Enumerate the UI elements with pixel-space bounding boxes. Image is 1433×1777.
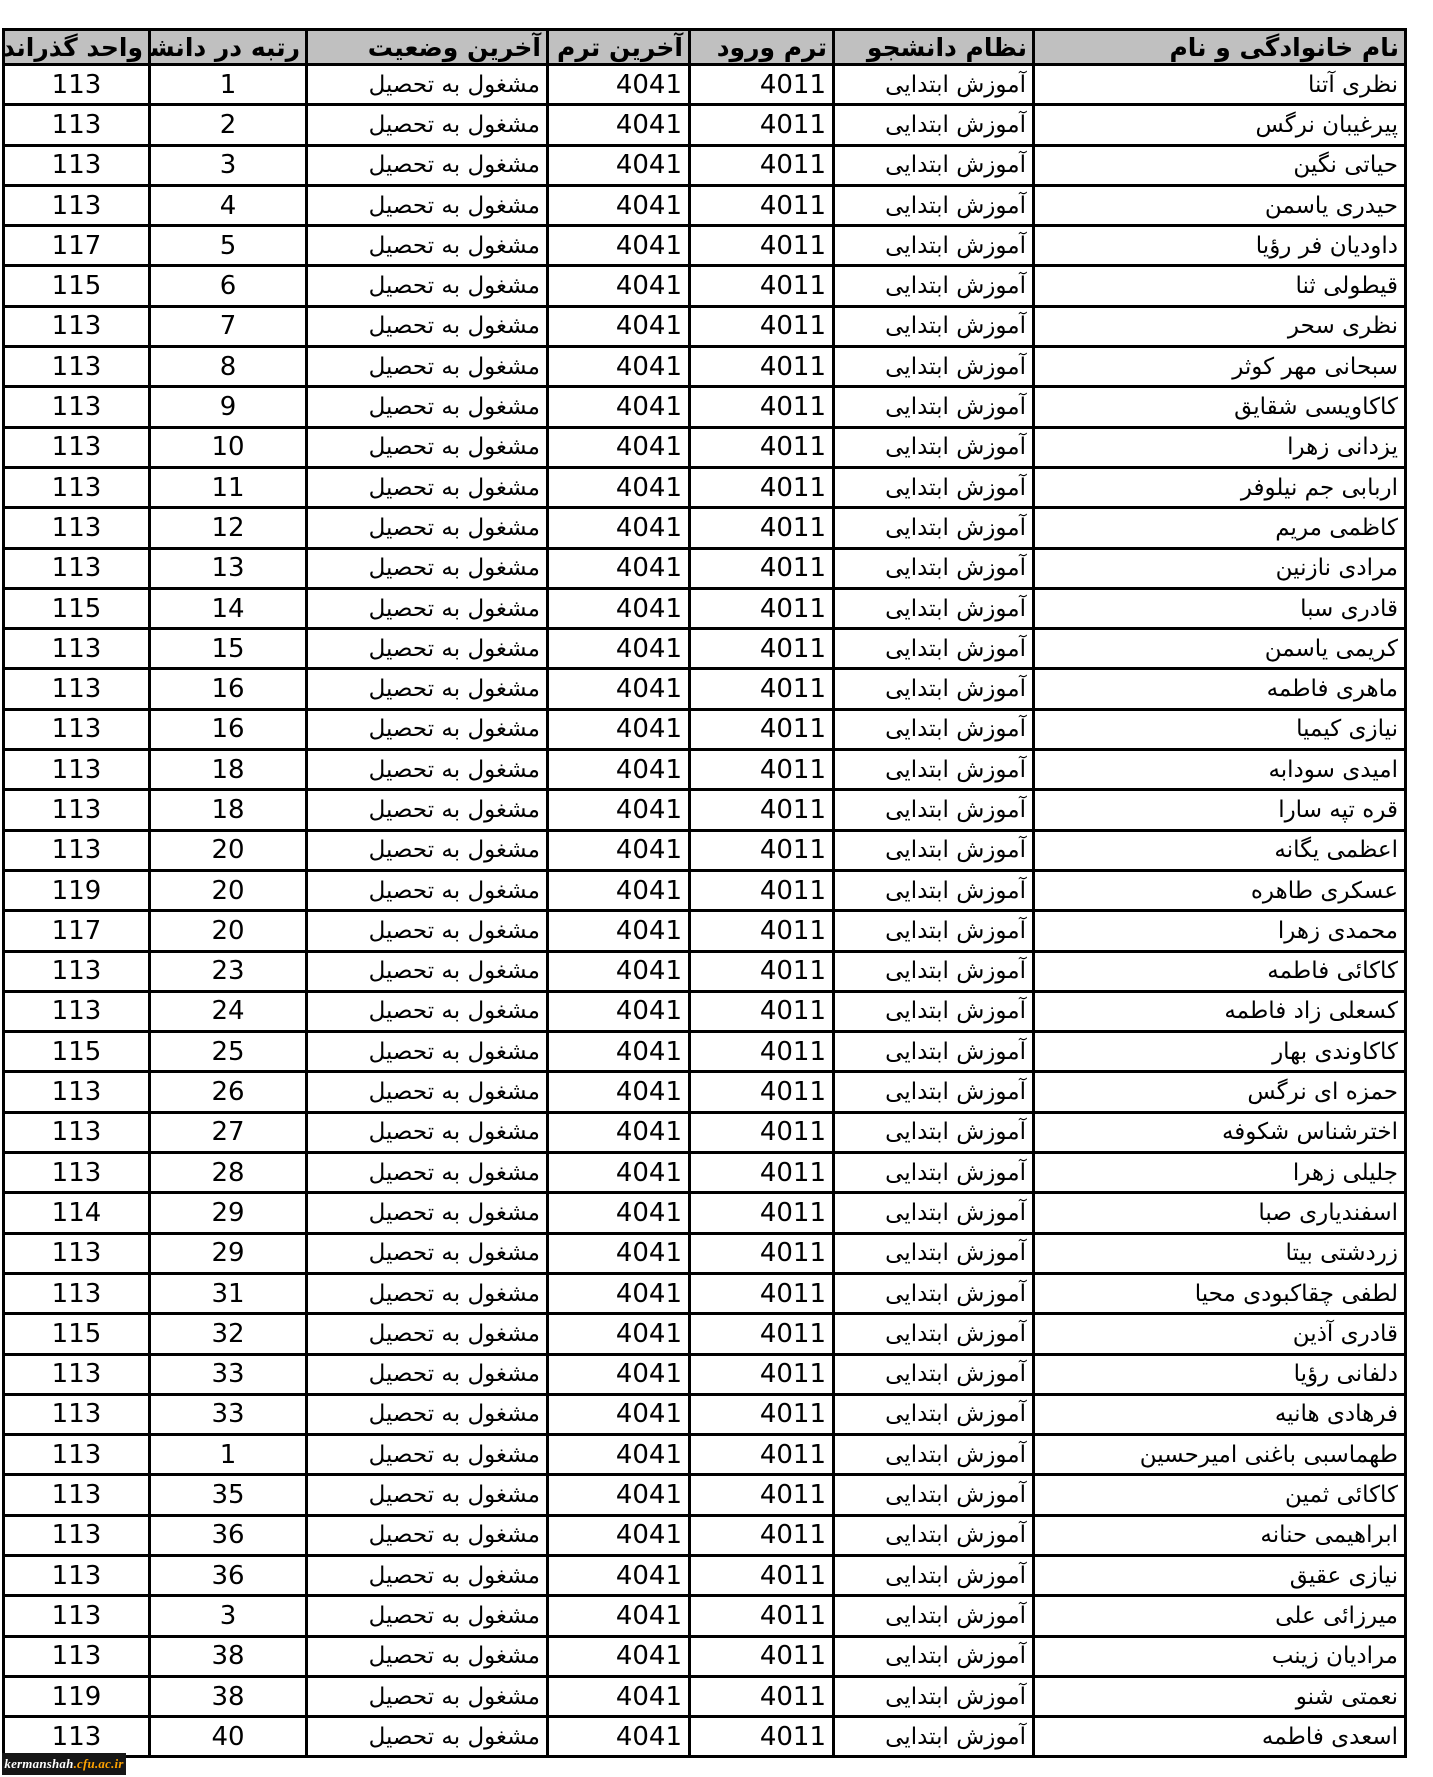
entry-term-cell: 4011 — [690, 387, 834, 427]
status-cell: مشغول به تحصیل — [307, 185, 548, 225]
system-cell: آموزش ابتدایی — [834, 1515, 1034, 1555]
name-cell: اعظمی یگانه — [1034, 830, 1406, 870]
status-cell: مشغول به تحصیل — [307, 1354, 548, 1394]
entry-term-cell: 4011 — [690, 1354, 834, 1394]
table-row: یزدانی زهراآموزش ابتدایی40114041مشغول به… — [4, 427, 1406, 467]
units-cell: 115 — [4, 1032, 150, 1072]
table-row: اسفندیاری صباآموزش ابتدایی40114041مشغول … — [4, 1193, 1406, 1233]
system-cell: آموزش ابتدایی — [834, 1354, 1034, 1394]
entry-term-cell: 4011 — [690, 1596, 834, 1636]
status-cell: مشغول به تحصیل — [307, 387, 548, 427]
rank-cell: 16 — [150, 669, 307, 709]
entry-term-cell: 4011 — [690, 629, 834, 669]
system-cell: آموزش ابتدایی — [834, 911, 1034, 951]
last-term-cell: 4041 — [548, 1555, 690, 1595]
table-row: دلفانی رؤیاآموزش ابتدایی40114041مشغول به… — [4, 1354, 1406, 1394]
watermark-domain-suffix: .cfu.ac.ir — [74, 1756, 124, 1771]
entry-term-cell: 4011 — [690, 1032, 834, 1072]
status-cell: مشغول به تحصیل — [307, 1435, 548, 1475]
table-row: اخترشناس شکوفهآموزش ابتدایی40114041مشغول… — [4, 1112, 1406, 1152]
name-cell: قیطولی ثنا — [1034, 266, 1406, 306]
system-cell: آموزش ابتدایی — [834, 347, 1034, 387]
status-cell: مشغول به تحصیل — [307, 266, 548, 306]
system-cell: آموزش ابتدایی — [834, 1394, 1034, 1434]
system-cell: آموزش ابتدایی — [834, 306, 1034, 346]
table-row: مرادی نازنینآموزش ابتدایی40114041مشغول ب… — [4, 548, 1406, 588]
last-term-cell: 4041 — [548, 145, 690, 185]
rank-cell: 33 — [150, 1354, 307, 1394]
system-cell: آموزش ابتدایی — [834, 1435, 1034, 1475]
name-cell: کاکائی فاطمه — [1034, 951, 1406, 991]
col-header-status: آخرین وضعیت — [307, 30, 548, 65]
name-cell: لطفی چقاکبودی محیا — [1034, 1273, 1406, 1313]
rank-cell: 31 — [150, 1273, 307, 1313]
entry-term-cell: 4011 — [690, 1636, 834, 1676]
system-cell: آموزش ابتدایی — [834, 669, 1034, 709]
col-header-rank: رتبه در دانشکده — [150, 30, 307, 65]
student-table-body: نظری آتناآموزش ابتدایی40114041مشغول به ت… — [4, 65, 1406, 1757]
status-cell: مشغول به تحصیل — [307, 790, 548, 830]
rank-cell: 18 — [150, 750, 307, 790]
last-term-cell: 4041 — [548, 991, 690, 1031]
name-cell: کاکاویسی شقایق — [1034, 387, 1406, 427]
entry-term-cell: 4011 — [690, 1515, 834, 1555]
rank-cell: 16 — [150, 709, 307, 749]
status-cell: مشغول به تحصیل — [307, 1555, 548, 1595]
entry-term-cell: 4011 — [690, 1072, 834, 1112]
rank-cell: 25 — [150, 1032, 307, 1072]
entry-term-cell: 4011 — [690, 185, 834, 225]
status-cell: مشغول به تحصیل — [307, 1676, 548, 1716]
units-cell: 113 — [4, 709, 150, 749]
report-page: { "page": { "background": "#ffffff" }, "… — [0, 0, 1433, 1777]
status-cell: مشغول به تحصیل — [307, 951, 548, 991]
entry-term-cell: 4011 — [690, 1233, 834, 1273]
units-cell: 119 — [4, 1676, 150, 1716]
name-cell: قادری سبا — [1034, 588, 1406, 628]
system-cell: آموزش ابتدایی — [834, 830, 1034, 870]
status-cell: مشغول به تحصیل — [307, 508, 548, 548]
table-row: میرزائی علیآموزش ابتدایی40114041مشغول به… — [4, 1596, 1406, 1636]
units-cell: 113 — [4, 387, 150, 427]
status-cell: مشغول به تحصیل — [307, 588, 548, 628]
system-cell: آموزش ابتدایی — [834, 427, 1034, 467]
entry-term-cell: 4011 — [690, 1153, 834, 1193]
table-row: کاکاوندی بهارآموزش ابتدایی40114041مشغول … — [4, 1032, 1406, 1072]
table-row: حمزه ای نرگسآموزش ابتدایی40114041مشغول ب… — [4, 1072, 1406, 1112]
units-cell: 113 — [4, 467, 150, 507]
entry-term-cell: 4011 — [690, 709, 834, 749]
system-cell: آموزش ابتدایی — [834, 1636, 1034, 1676]
entry-term-cell: 4011 — [690, 427, 834, 467]
rank-cell: 11 — [150, 467, 307, 507]
entry-term-cell: 4011 — [690, 347, 834, 387]
entry-term-cell: 4011 — [690, 145, 834, 185]
entry-term-cell: 4011 — [690, 1112, 834, 1152]
status-cell: مشغول به تحصیل — [307, 830, 548, 870]
status-cell: مشغول به تحصیل — [307, 709, 548, 749]
system-cell: آموزش ابتدایی — [834, 588, 1034, 628]
status-cell: مشغول به تحصیل — [307, 1475, 548, 1515]
units-cell: 113 — [4, 306, 150, 346]
system-cell: آموزش ابتدایی — [834, 105, 1034, 145]
entry-term-cell: 4011 — [690, 1555, 834, 1595]
table-row: مرادیان زینبآموزش ابتدایی40114041مشغول ب… — [4, 1636, 1406, 1676]
rank-cell: 15 — [150, 629, 307, 669]
entry-term-cell: 4011 — [690, 306, 834, 346]
last-term-cell: 4041 — [548, 1314, 690, 1354]
last-term-cell: 4041 — [548, 1112, 690, 1152]
table-row: کاکاویسی شقایقآموزش ابتدایی40114041مشغول… — [4, 387, 1406, 427]
name-cell: یزدانی زهرا — [1034, 427, 1406, 467]
table-row: کسعلی زاد فاطمهآموزش ابتدایی40114041مشغو… — [4, 991, 1406, 1031]
name-cell: حیدری یاسمن — [1034, 185, 1406, 225]
rank-cell: 14 — [150, 588, 307, 628]
rank-cell: 5 — [150, 226, 307, 266]
system-cell: آموزش ابتدایی — [834, 65, 1034, 105]
system-cell: آموزش ابتدایی — [834, 185, 1034, 225]
last-term-cell: 4041 — [548, 548, 690, 588]
system-cell: آموزش ابتدایی — [834, 1555, 1034, 1595]
entry-term-cell: 4011 — [690, 991, 834, 1031]
units-cell: 113 — [4, 548, 150, 588]
units-cell: 113 — [4, 629, 150, 669]
status-cell: مشغول به تحصیل — [307, 750, 548, 790]
last-term-cell: 4041 — [548, 226, 690, 266]
units-cell: 113 — [4, 830, 150, 870]
units-cell: 113 — [4, 427, 150, 467]
status-cell: مشغول به تحصیل — [307, 911, 548, 951]
table-row: نیازی عقیقآموزش ابتدایی40114041مشغول به … — [4, 1555, 1406, 1595]
name-cell: کاکاوندی بهار — [1034, 1032, 1406, 1072]
table-row: کاظمی مریمآموزش ابتدایی40114041مشغول به … — [4, 508, 1406, 548]
status-cell: مشغول به تحصیل — [307, 1636, 548, 1676]
entry-term-cell: 4011 — [690, 1435, 834, 1475]
table-row: سبحانی مهر کوثرآموزش ابتدایی40114041مشغو… — [4, 347, 1406, 387]
entry-term-cell: 4011 — [690, 226, 834, 266]
system-cell: آموزش ابتدایی — [834, 1032, 1034, 1072]
status-cell: مشغول به تحصیل — [307, 427, 548, 467]
name-cell: حیاتی نگین — [1034, 145, 1406, 185]
rank-cell: 1 — [150, 65, 307, 105]
last-term-cell: 4041 — [548, 266, 690, 306]
name-cell: پیرغیبان نرگس — [1034, 105, 1406, 145]
units-cell: 113 — [4, 1273, 150, 1313]
name-cell: مرادیان زینب — [1034, 1636, 1406, 1676]
name-cell: فرهادی هانیه — [1034, 1394, 1406, 1434]
units-cell: 113 — [4, 1153, 150, 1193]
table-row: اعظمی یگانهآموزش ابتدایی40114041مشغول به… — [4, 830, 1406, 870]
last-term-cell: 4041 — [548, 790, 690, 830]
units-cell: 113 — [4, 1555, 150, 1595]
last-term-cell: 4041 — [548, 1233, 690, 1273]
entry-term-cell: 4011 — [690, 105, 834, 145]
table-row: ابراهیمی حنانهآموزش ابتدایی40114041مشغول… — [4, 1515, 1406, 1555]
status-cell: مشغول به تحصیل — [307, 1233, 548, 1273]
units-cell: 113 — [4, 105, 150, 145]
last-term-cell: 4041 — [548, 1676, 690, 1716]
table-row: پیرغیبان نرگسآموزش ابتدایی40114041مشغول … — [4, 105, 1406, 145]
system-cell: آموزش ابتدایی — [834, 629, 1034, 669]
name-cell: محمدی زهرا — [1034, 911, 1406, 951]
name-cell: مرادی نازنین — [1034, 548, 1406, 588]
units-cell: 113 — [4, 145, 150, 185]
system-cell: آموزش ابتدایی — [834, 1072, 1034, 1112]
table-row: محمدی زهراآموزش ابتدایی40114041مشغول به … — [4, 911, 1406, 951]
status-cell: مشغول به تحصیل — [307, 467, 548, 507]
last-term-cell: 4041 — [548, 588, 690, 628]
rank-cell: 26 — [150, 1072, 307, 1112]
name-cell: کاکائی ثمین — [1034, 1475, 1406, 1515]
name-cell: نعمتی شنو — [1034, 1676, 1406, 1716]
last-term-cell: 4041 — [548, 1596, 690, 1636]
rank-cell: 3 — [150, 145, 307, 185]
status-cell: مشغول به تحصیل — [307, 65, 548, 105]
entry-term-cell: 4011 — [690, 951, 834, 991]
entry-term-cell: 4011 — [690, 1475, 834, 1515]
last-term-cell: 4041 — [548, 669, 690, 709]
rank-cell: 23 — [150, 951, 307, 991]
rank-cell: 7 — [150, 306, 307, 346]
entry-term-cell: 4011 — [690, 266, 834, 306]
status-cell: مشغول به تحصیل — [307, 1112, 548, 1152]
col-header-name: نام خانوادگی و نام — [1034, 30, 1406, 65]
entry-term-cell: 4011 — [690, 870, 834, 910]
rank-cell: 38 — [150, 1676, 307, 1716]
table-row: ماهری فاطمهآموزش ابتدایی40114041مشغول به… — [4, 669, 1406, 709]
table-row: کاکائی فاطمهآموزش ابتدایی40114041مشغول ب… — [4, 951, 1406, 991]
last-term-cell: 4041 — [548, 1636, 690, 1676]
status-cell: مشغول به تحصیل — [307, 669, 548, 709]
units-cell: 113 — [4, 1394, 150, 1434]
last-term-cell: 4041 — [548, 629, 690, 669]
last-term-cell: 4041 — [548, 1072, 690, 1112]
system-cell: آموزش ابتدایی — [834, 709, 1034, 749]
name-cell: داودیان فر رؤیا — [1034, 226, 1406, 266]
table-row: جلیلی زهراآموزش ابتدایی40114041مشغول به … — [4, 1153, 1406, 1193]
system-cell: آموزش ابتدایی — [834, 145, 1034, 185]
units-cell: 119 — [4, 870, 150, 910]
system-cell: آموزش ابتدایی — [834, 467, 1034, 507]
last-term-cell: 4041 — [548, 1153, 690, 1193]
system-cell: آموزش ابتدایی — [834, 1314, 1034, 1354]
status-cell: مشغول به تحصیل — [307, 1515, 548, 1555]
system-cell: آموزش ابتدایی — [834, 1193, 1034, 1233]
rank-cell: 18 — [150, 790, 307, 830]
status-cell: مشغول به تحصیل — [307, 1193, 548, 1233]
last-term-cell: 4041 — [548, 1193, 690, 1233]
system-cell: آموزش ابتدایی — [834, 790, 1034, 830]
system-cell: آموزش ابتدایی — [834, 548, 1034, 588]
system-cell: آموزش ابتدایی — [834, 508, 1034, 548]
name-cell: سبحانی مهر کوثر — [1034, 347, 1406, 387]
units-cell: 117 — [4, 226, 150, 266]
system-cell: آموزش ابتدایی — [834, 1475, 1034, 1515]
units-cell: 113 — [4, 1596, 150, 1636]
name-cell: ماهری فاطمه — [1034, 669, 1406, 709]
table-row: لطفی چقاکبودی محیاآموزش ابتدایی40114041م… — [4, 1273, 1406, 1313]
col-header-system: نظام دانشجو — [834, 30, 1034, 65]
last-term-cell: 4041 — [548, 1273, 690, 1313]
table-row: قادری سباآموزش ابتدایی40114041مشغول به ت… — [4, 588, 1406, 628]
system-cell: آموزش ابتدایی — [834, 951, 1034, 991]
rank-cell: 4 — [150, 185, 307, 225]
watermark-site-label: kermanshah — [4, 1756, 73, 1771]
table-row: قره تپه ساراآموزش ابتدایی40114041مشغول ب… — [4, 790, 1406, 830]
last-term-cell: 4041 — [548, 870, 690, 910]
name-cell: عسکری طاهره — [1034, 870, 1406, 910]
rank-cell: 9 — [150, 387, 307, 427]
status-cell: مشغول به تحصیل — [307, 145, 548, 185]
name-cell: اربابی جم نیلوفر — [1034, 467, 1406, 507]
entry-term-cell: 4011 — [690, 1273, 834, 1313]
rank-cell: 38 — [150, 1636, 307, 1676]
rank-cell: 2 — [150, 105, 307, 145]
entry-term-cell: 4011 — [690, 830, 834, 870]
rank-cell: 3 — [150, 1596, 307, 1636]
system-cell: آموزش ابتدایی — [834, 1233, 1034, 1273]
last-term-cell: 4041 — [548, 306, 690, 346]
rank-cell: 27 — [150, 1112, 307, 1152]
table-row: امیدی سودابهآموزش ابتدایی40114041مشغول ب… — [4, 750, 1406, 790]
entry-term-cell: 4011 — [690, 588, 834, 628]
units-cell: 117 — [4, 911, 150, 951]
status-cell: مشغول به تحصیل — [307, 629, 548, 669]
entry-term-cell: 4011 — [690, 1676, 834, 1716]
status-cell: مشغول به تحصیل — [307, 105, 548, 145]
system-cell: آموزش ابتدایی — [834, 1596, 1034, 1636]
name-cell: نظری آتنا — [1034, 65, 1406, 105]
name-cell: اسعدی فاطمه — [1034, 1717, 1406, 1757]
rank-cell: 12 — [150, 508, 307, 548]
units-cell: 113 — [4, 750, 150, 790]
name-cell: زردشتی بیتا — [1034, 1233, 1406, 1273]
system-cell: آموزش ابتدایی — [834, 1112, 1034, 1152]
entry-term-cell: 4011 — [690, 1314, 834, 1354]
units-cell: 113 — [4, 1636, 150, 1676]
name-cell: کاظمی مریم — [1034, 508, 1406, 548]
units-cell: 115 — [4, 266, 150, 306]
entry-term-cell: 4011 — [690, 1717, 834, 1757]
units-cell: 113 — [4, 951, 150, 991]
site-watermark: kermanshah.cfu.ac.ir — [2, 1753, 126, 1775]
name-cell: کریمی یاسمن — [1034, 629, 1406, 669]
entry-term-cell: 4011 — [690, 790, 834, 830]
units-cell: 113 — [4, 347, 150, 387]
header-row: نام خانوادگی و نام نظام دانشجو ترم ورود … — [4, 30, 1406, 65]
rank-cell: 40 — [150, 1717, 307, 1757]
last-term-cell: 4041 — [548, 185, 690, 225]
system-cell: آموزش ابتدایی — [834, 1676, 1034, 1716]
status-cell: مشغول به تحصیل — [307, 347, 548, 387]
status-cell: مشغول به تحصیل — [307, 306, 548, 346]
table-row: اربابی جم نیلوفرآموزش ابتدایی40114041مشغ… — [4, 467, 1406, 507]
name-cell: کسعلی زاد فاطمه — [1034, 991, 1406, 1031]
table-row: داودیان فر رؤیاآموزش ابتدایی40114041مشغو… — [4, 226, 1406, 266]
units-cell: 113 — [4, 790, 150, 830]
units-cell: 113 — [4, 1717, 150, 1757]
units-cell: 113 — [4, 991, 150, 1031]
entry-term-cell: 4011 — [690, 750, 834, 790]
status-cell: مشغول به تحصیل — [307, 1314, 548, 1354]
last-term-cell: 4041 — [548, 387, 690, 427]
units-cell: 113 — [4, 1072, 150, 1112]
name-cell: نیازی کیمیا — [1034, 709, 1406, 749]
last-term-cell: 4041 — [548, 105, 690, 145]
rank-cell: 8 — [150, 347, 307, 387]
rank-cell: 29 — [150, 1193, 307, 1233]
rank-cell: 1 — [150, 1435, 307, 1475]
table-row: حیدری یاسمنآموزش ابتدایی40114041مشغول به… — [4, 185, 1406, 225]
system-cell: آموزش ابتدایی — [834, 1153, 1034, 1193]
table-row: کریمی یاسمنآموزش ابتدایی40114041مشغول به… — [4, 629, 1406, 669]
rank-cell: 24 — [150, 991, 307, 1031]
last-term-cell: 4041 — [548, 750, 690, 790]
last-term-cell: 4041 — [548, 65, 690, 105]
last-term-cell: 4041 — [548, 1515, 690, 1555]
name-cell: حمزه ای نرگس — [1034, 1072, 1406, 1112]
units-cell: 115 — [4, 588, 150, 628]
status-cell: مشغول به تحصیل — [307, 1072, 548, 1112]
last-term-cell: 4041 — [548, 427, 690, 467]
name-cell: طهماسبی باغنی امیرحسین — [1034, 1435, 1406, 1475]
status-cell: مشغول به تحصیل — [307, 1153, 548, 1193]
rank-cell: 20 — [150, 911, 307, 951]
rank-cell: 33 — [150, 1394, 307, 1434]
rank-cell: 36 — [150, 1515, 307, 1555]
last-term-cell: 4041 — [548, 1032, 690, 1072]
units-cell: 113 — [4, 1435, 150, 1475]
last-term-cell: 4041 — [548, 951, 690, 991]
last-term-cell: 4041 — [548, 830, 690, 870]
rank-cell: 28 — [150, 1153, 307, 1193]
name-cell: دلفانی رؤیا — [1034, 1354, 1406, 1394]
system-cell: آموزش ابتدایی — [834, 991, 1034, 1031]
student-ranking-table: نام خانوادگی و نام نظام دانشجو ترم ورود … — [2, 28, 1407, 1758]
last-term-cell: 4041 — [548, 1394, 690, 1434]
table-row: قادری آذینآموزش ابتدایی40114041مشغول به … — [4, 1314, 1406, 1354]
last-term-cell: 4041 — [548, 467, 690, 507]
last-term-cell: 4041 — [548, 1354, 690, 1394]
last-term-cell: 4041 — [548, 1435, 690, 1475]
system-cell: آموزش ابتدایی — [834, 1273, 1034, 1313]
entry-term-cell: 4011 — [690, 508, 834, 548]
system-cell: آموزش ابتدایی — [834, 870, 1034, 910]
units-cell: 113 — [4, 669, 150, 709]
status-cell: مشغول به تحصیل — [307, 1596, 548, 1636]
name-cell: میرزائی علی — [1034, 1596, 1406, 1636]
entry-term-cell: 4011 — [690, 548, 834, 588]
status-cell: مشغول به تحصیل — [307, 548, 548, 588]
col-header-entry-term: ترم ورود — [690, 30, 834, 65]
rank-cell: 13 — [150, 548, 307, 588]
status-cell: مشغول به تحصیل — [307, 991, 548, 1031]
rank-cell: 6 — [150, 266, 307, 306]
last-term-cell: 4041 — [548, 1475, 690, 1515]
last-term-cell: 4041 — [548, 347, 690, 387]
table-row: زردشتی بیتاآموزش ابتدایی40114041مشغول به… — [4, 1233, 1406, 1273]
status-cell: مشغول به تحصیل — [307, 1717, 548, 1757]
units-cell: 113 — [4, 508, 150, 548]
system-cell: آموزش ابتدایی — [834, 266, 1034, 306]
last-term-cell: 4041 — [548, 1717, 690, 1757]
rank-cell: 20 — [150, 830, 307, 870]
entry-term-cell: 4011 — [690, 1394, 834, 1434]
rank-cell: 36 — [150, 1555, 307, 1595]
name-cell: نظری سحر — [1034, 306, 1406, 346]
last-term-cell: 4041 — [548, 911, 690, 951]
col-header-last-term: آخرین ترم — [548, 30, 690, 65]
